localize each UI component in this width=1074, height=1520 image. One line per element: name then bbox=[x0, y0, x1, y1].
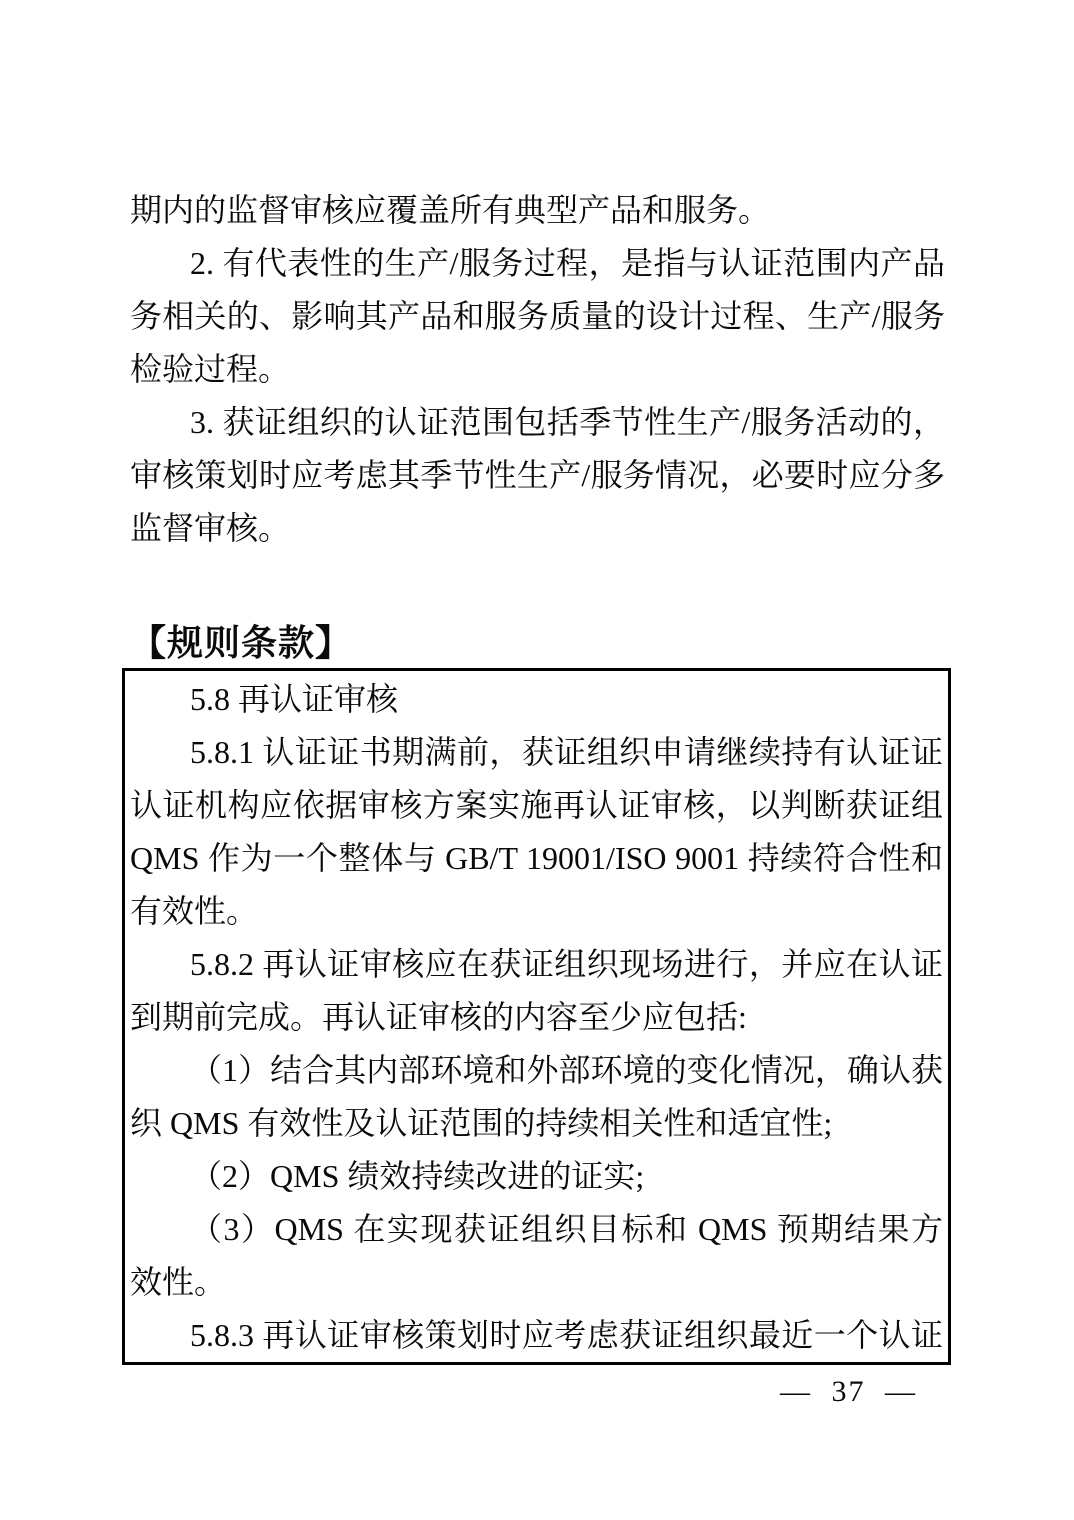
body-line: 检验过程。 bbox=[130, 343, 945, 396]
rule-line: （2）QMS 绩效持续改进的证实; bbox=[130, 1150, 943, 1203]
rule-line: 效性。 bbox=[130, 1256, 943, 1309]
rule-line: 5.8.3 再认证审核策划时应考虑获证组织最近一个认证周期 bbox=[130, 1309, 943, 1362]
document-page: 期内的监督审核应覆盖所有典型产品和服务。 2. 有代表性的生产/服务过程，是指与… bbox=[0, 0, 1074, 1520]
rule-line: （3）QMS 在实现获证组织目标和 QMS 预期结果方面的有 bbox=[130, 1203, 943, 1256]
body-line: 2. 有代表性的生产/服务过程，是指与认证范围内产品和服 bbox=[130, 237, 945, 290]
rule-line: 5.8 再认证审核 bbox=[130, 673, 943, 726]
body-line: 3. 获证组织的认证范围包括季节性生产/服务活动的，监督 bbox=[130, 396, 945, 449]
section-heading: 【规则条款】 bbox=[130, 617, 945, 668]
rule-line: 有效性。 bbox=[130, 885, 943, 938]
rule-line: 织 QMS 有效性及认证范围的持续相关性和适宜性; bbox=[130, 1097, 943, 1150]
rule-line: QMS 作为一个整体与 GB/T 19001/ISO 9001 持续符合性和运行… bbox=[130, 832, 943, 885]
rule-clause-box: 5.8 再认证审核 5.8.1 认证证书期满前，获证组织申请继续持有认证证书的，… bbox=[122, 668, 951, 1365]
text-block: 期内的监督审核应覆盖所有典型产品和服务。 2. 有代表性的生产/服务过程，是指与… bbox=[130, 184, 945, 1365]
body-line: 审核策划时应考虑其季节性生产/服务情况，必要时应分多次进行 bbox=[130, 449, 945, 502]
rule-line: 5.8.2 再认证审核应在获证组织现场进行，并应在认证证书 bbox=[130, 938, 943, 991]
body-line: 务相关的、影响其产品和服务质量的设计过程、生产/服务过程和 bbox=[130, 290, 945, 343]
rule-line: 5.8.1 认证证书期满前，获证组织申请继续持有认证证书的， bbox=[130, 726, 943, 779]
body-line: 监督审核。 bbox=[130, 502, 945, 555]
rule-line: （1）结合其内部环境和外部环境的变化情况，确认获证组 bbox=[130, 1044, 943, 1097]
rule-line: 认证机构应依据审核方案实施再认证审核，以判断获证组织的 bbox=[130, 779, 943, 832]
rule-line: 到期前完成。再认证审核的内容至少应包括: bbox=[130, 991, 943, 1044]
body-line: 期内的监督审核应覆盖所有典型产品和服务。 bbox=[130, 184, 945, 237]
page-number: — 37 — bbox=[780, 1372, 917, 1412]
